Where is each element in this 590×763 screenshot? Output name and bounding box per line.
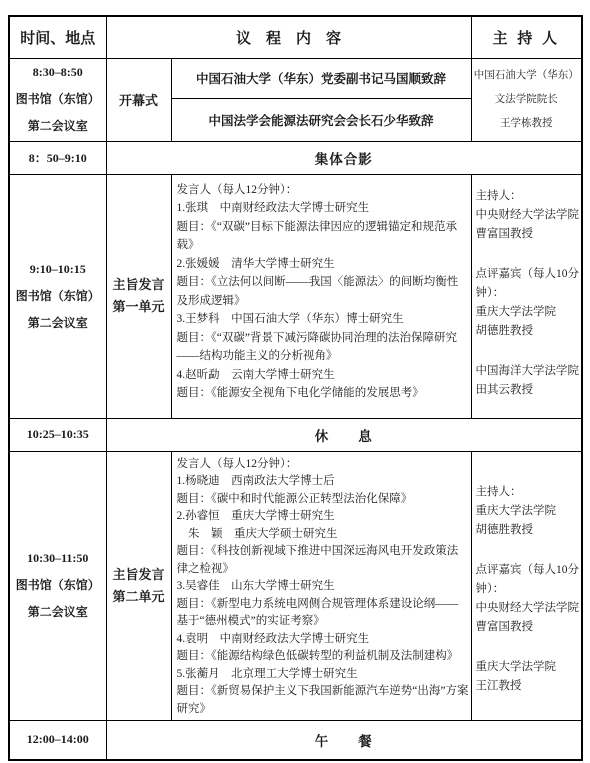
text-line: 题目：《“双碳”目标下能源法律因应的逻辑锚定和规范承载》 (177, 218, 469, 255)
text-line: 田其云教授 (476, 381, 580, 400)
unit1-content-cell: 发言人（每人12分钟）：1.张琪 中南财经政法大学博士研究生题目：《“双碳”目标… (171, 174, 471, 418)
text-line: 发言人（每人12分钟）： (177, 456, 469, 474)
lunch-row: 12:00–14:00 午 餐 (9, 721, 582, 760)
text-line: 题目：《能源安全视角下电化学储能的发展思考》 (177, 384, 469, 403)
text-line: 重庆大学法学院 (476, 658, 580, 677)
text-line: 题目：《科技创新视域下推进中国深远海风电开发政策法律之检视》 (177, 543, 469, 578)
unit2-time-cell: 10:30–11:50图书馆（东馆）第二会议室 (9, 451, 106, 721)
text-line: 中央财经大学法学院 (476, 599, 580, 618)
text-line: 王江教授 (476, 677, 580, 696)
text-line: 文法学院院长 (473, 88, 581, 112)
header-cell-time-location: 时间、地点 (9, 16, 106, 58)
group-photo-time-cell: 8：50–9:10 (9, 141, 106, 174)
text-line: 点评嘉宾（每人10分钟）： (476, 265, 580, 303)
text-line: 1.杨晓迪 西南政法大学博士后 (177, 473, 469, 491)
text-line: 2.张媛媛 清华大学博士研究生 (177, 255, 469, 274)
text-line: 第一单元 (107, 296, 171, 318)
break-label: 休 息 (106, 418, 582, 451)
opening-stage-cell: 开幕式 (106, 58, 171, 141)
text-line: 主持人： (476, 187, 580, 206)
text-line: 图书馆（东馆） (10, 86, 106, 113)
text-line: 重庆大学法学院 (476, 303, 580, 322)
opening-speech-1: 中国石油大学（华东）党委副书记马国顺致辞 (171, 58, 471, 98)
text-line: 王学栋教授 (473, 112, 581, 136)
text-line: 题目：《“双碳”背景下减污降碳协同治理的法治保障研究——结构功能主义的分析视角》 (177, 329, 469, 366)
agenda-table: 时间、地点 议 程 内 容 主 持 人 8:30–8:50图书馆（东馆）第二会议… (8, 15, 583, 761)
text-line: 图书馆（东馆） (10, 283, 106, 310)
group-photo-label: 集体合影 (106, 141, 582, 174)
header-row: 时间、地点 议 程 内 容 主 持 人 (9, 16, 582, 58)
header-cell-host: 主 持 人 (471, 16, 582, 58)
text-line: 8:30–8:50 (10, 59, 106, 86)
text-line: 曹富国教授 (476, 225, 580, 244)
text-line: 3.王梦科 中国石油大学（华东）博士研究生 (177, 310, 469, 329)
text-line: 主旨发言 (107, 274, 171, 296)
text-line: 曹富国教授 (476, 618, 580, 637)
break-row: 10:25–10:35 休 息 (9, 418, 582, 451)
blank-line (476, 341, 580, 362)
text-line: 胡德胜教授 (476, 521, 580, 540)
opening-time-cell: 8:30–8:50图书馆（东馆）第二会议室 (9, 58, 106, 141)
text-line: 第二会议室 (10, 310, 106, 337)
group-photo-row: 8：50–9:10 集体合影 (9, 141, 582, 174)
opening-row-1: 8:30–8:50图书馆（东馆）第二会议室 开幕式 中国石油大学（华东）党委副书… (9, 58, 582, 98)
text-line: 1.张琪 中南财经政法大学博士研究生 (177, 199, 469, 218)
unit1-time-cell: 9:10–10:15图书馆（东馆）第二会议室 (9, 174, 106, 418)
text-line: 4.袁明 中南财经政法大学博士研究生 (177, 631, 469, 649)
text-line: 第二会议室 (10, 113, 106, 140)
unit2-host-cell: 主持人：重庆大学法学院胡德胜教授点评嘉宾（每人10分钟）：中央财经大学法学院曹富… (471, 451, 582, 721)
unit2-content-cell: 发言人（每人12分钟）：1.杨晓迪 西南政法大学博士后题目：《碳中和时代能源公正… (171, 451, 471, 721)
opening-speech-2: 中国法学会能源法研究会会长石少华致辞 (171, 98, 471, 141)
blank-line (476, 637, 580, 658)
unit1-stage-cell: 主旨发言第一单元 (106, 174, 171, 418)
opening-host-cell: 中国石油大学（华东）文法学院院长王学栋教授 (471, 58, 582, 141)
text-line: 点评嘉宾（每人10分钟）： (476, 561, 580, 599)
unit2-row: 10:30–11:50图书馆（东馆）第二会议室 主旨发言第二单元 发言人（每人1… (9, 451, 582, 721)
break-time-cell: 10:25–10:35 (9, 418, 106, 451)
text-line: 题目：《新型电力系统电网侧合规管理体系建设论纲——基于“德州模式”的实证考察》 (177, 596, 469, 631)
text-line: 中国海洋大学法学院 (476, 362, 580, 381)
text-line: 题目：《碳中和时代能源公正转型法治化保障》 (177, 491, 469, 509)
text-line: 第二会议室 (10, 599, 106, 626)
header-cell-agenda-content: 议 程 内 容 (106, 16, 471, 58)
text-line: 第二单元 (107, 586, 171, 608)
text-line: 3.吴睿佳 山东大学博士研究生 (177, 578, 469, 596)
text-line: 题目：《立法何以间断——我国〈能源法〉的间断均衡性及形成逻辑》 (177, 273, 469, 310)
text-line: 题目：《能源结构绿色低碳转型的利益机制及法制建构》 (177, 648, 469, 666)
unit1-host-cell: 主持人：中央财经大学法学院曹富国教授点评嘉宾（每人10分钟）：重庆大学法学院胡德… (471, 174, 582, 418)
lunch-time-cell: 12:00–14:00 (9, 721, 106, 760)
text-line: 重庆大学法学院 (476, 502, 580, 521)
text-line: 5.张蘅月 北京理工大学博士研究生 (177, 666, 469, 684)
text-line: 主持人： (476, 483, 580, 502)
text-line: 2.孙睿恒 重庆大学博士研究生 (177, 508, 469, 526)
text-line: 中央财经大学法学院 (476, 206, 580, 225)
text-line: 图书馆（东馆） (10, 572, 106, 599)
text-line: 发言人（每人12分钟）： (177, 181, 469, 200)
unit1-row: 9:10–10:15图书馆（东馆）第二会议室 主旨发言第一单元 发言人（每人12… (9, 174, 582, 418)
lunch-label: 午 餐 (106, 721, 582, 760)
text-line: 朱 颖 重庆大学硕士研究生 (177, 526, 469, 544)
blank-line (476, 244, 580, 265)
text-line: 中国石油大学（华东） (473, 64, 581, 88)
unit2-stage-cell: 主旨发言第二单元 (106, 451, 171, 721)
text-line: 9:10–10:15 (10, 256, 106, 283)
text-line: 题目：《新贸易保护主义下我国新能源汽车逆势“出海”方案研究》 (177, 683, 469, 718)
text-line: 主旨发言 (107, 564, 171, 586)
text-line: 4.赵昕勐 云南大学博士研究生 (177, 366, 469, 385)
text-line: 胡德胜教授 (476, 322, 580, 341)
blank-line (476, 540, 580, 561)
text-line: 10:30–11:50 (10, 545, 106, 572)
